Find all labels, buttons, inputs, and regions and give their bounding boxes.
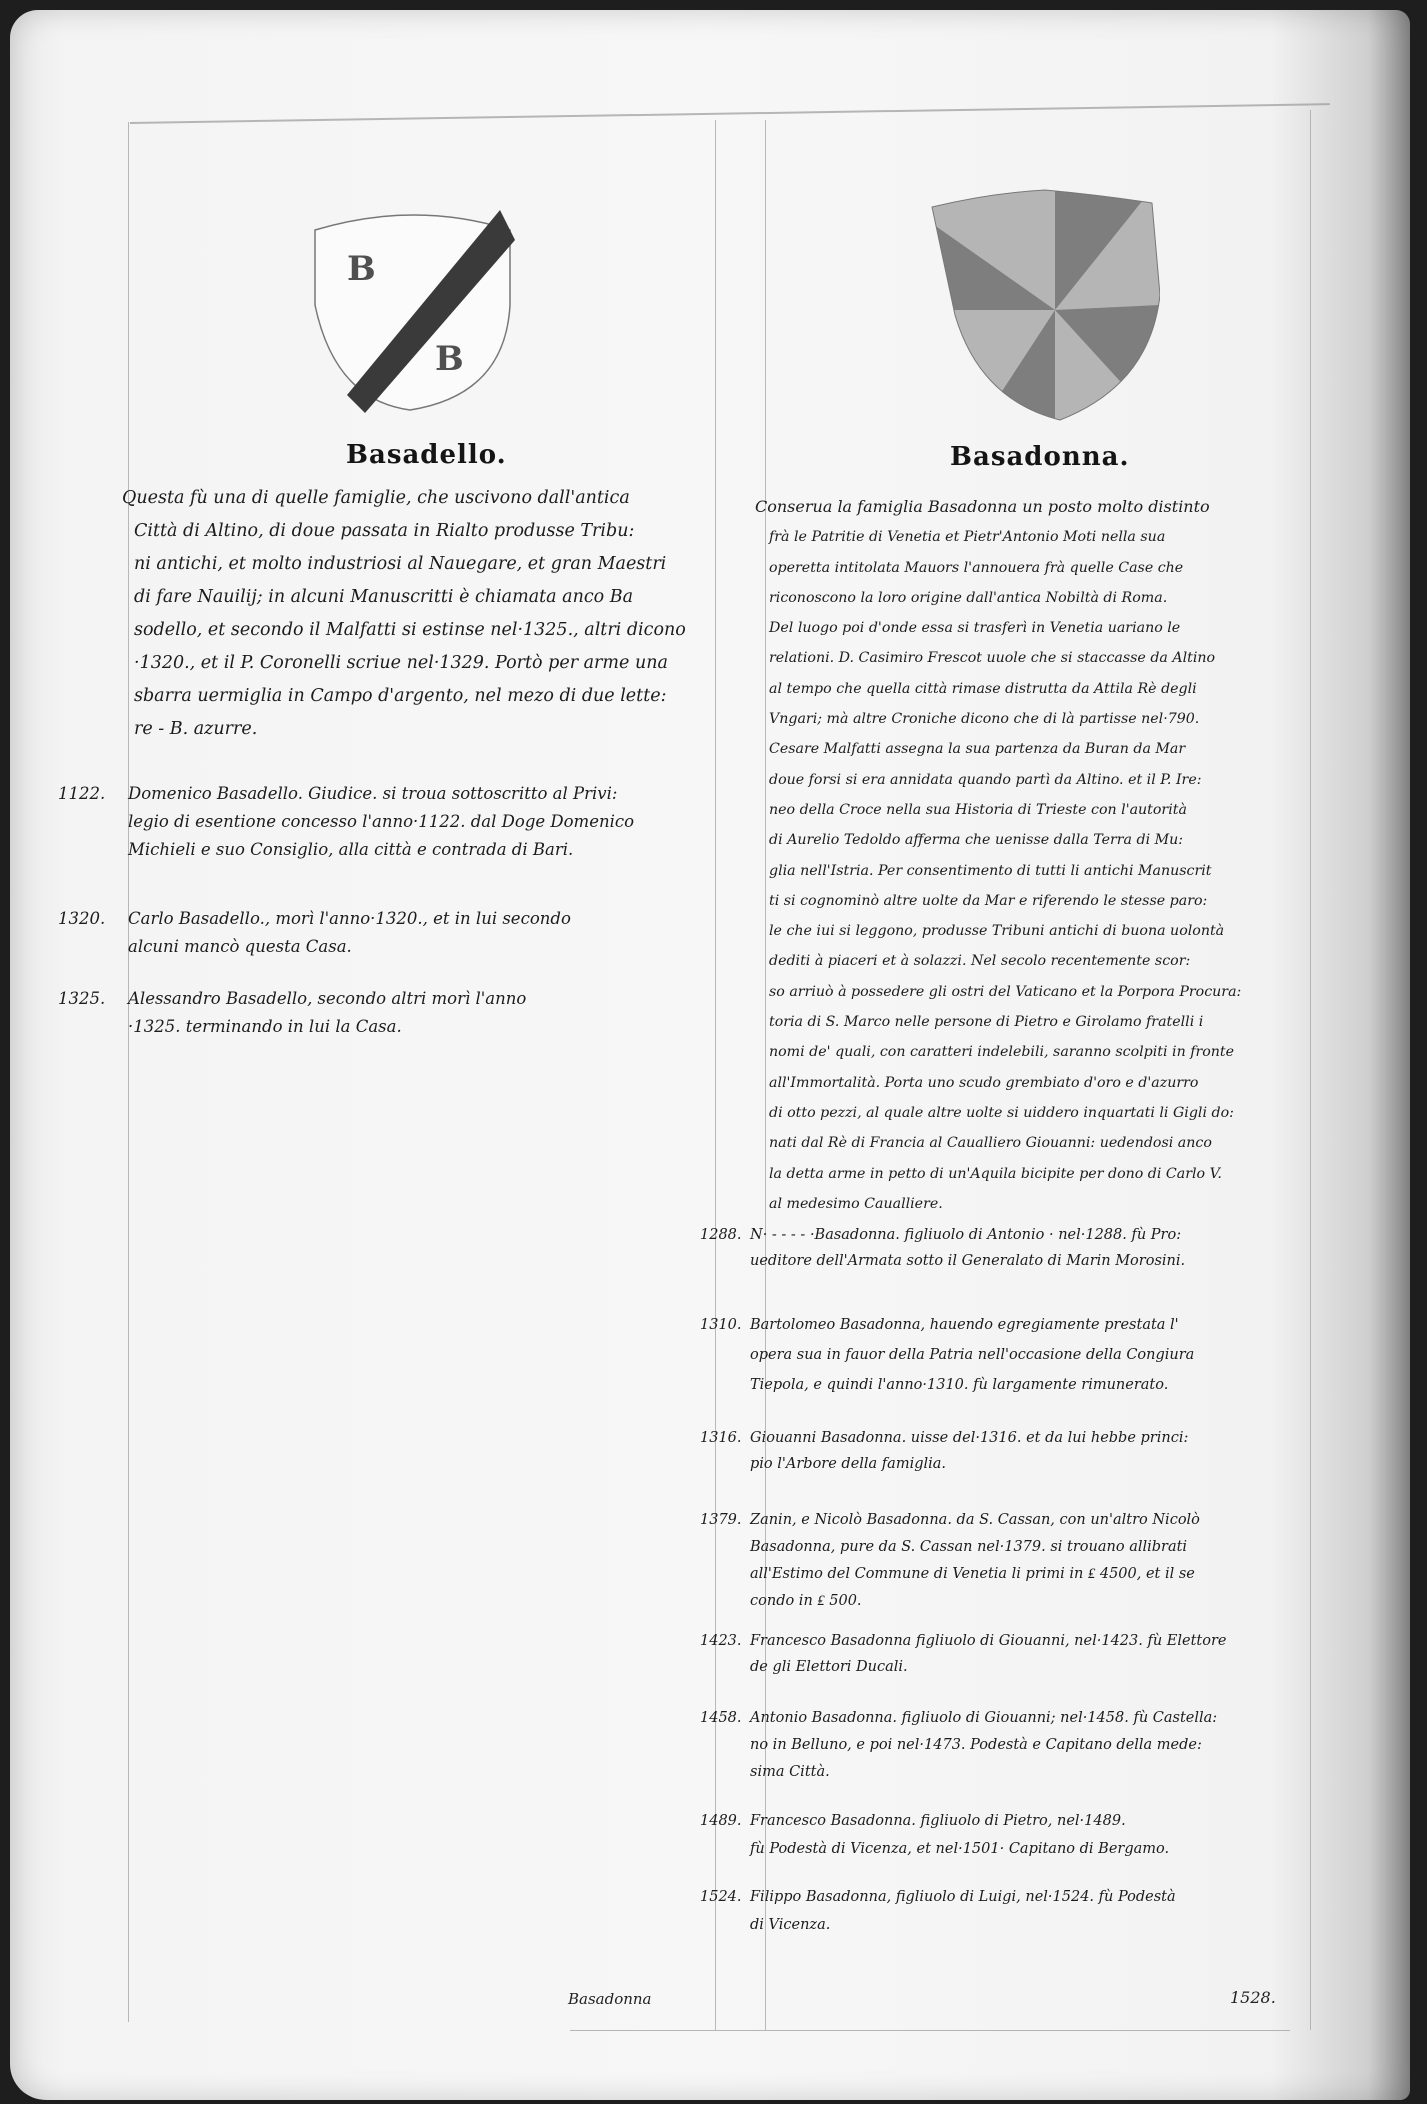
text-line: sodello, et secondo il Malfatti si estin… — [122, 614, 712, 647]
text-line: la detta arme in petto di un'Aquila bici… — [755, 1159, 1315, 1189]
entry-year: 1325. — [58, 985, 105, 1013]
text-line: ni antichi, et molto industriosi al Naue… — [122, 548, 712, 581]
svg-text:B: B — [347, 249, 376, 289]
entry-1325: 1325. Alessandro Basadello, secondo altr… — [58, 985, 718, 1041]
entry-line: opera sua in fauor della Patria nell'occ… — [750, 1340, 1310, 1370]
text-line: di otto pezzi, al quale altre uolte si u… — [755, 1098, 1315, 1128]
entry-year: 1524. — [700, 1883, 742, 1911]
text-line: frà le Patritie di Venetia et Pietr'Anto… — [755, 522, 1315, 552]
text-line: toria di S. Marco nelle persone di Pietr… — [755, 1007, 1315, 1037]
text-line: di fare Nauilij; in alcuni Manuscritti è… — [122, 581, 712, 614]
text-line: Cesare Malfatti assegna la sua partenza … — [755, 734, 1315, 764]
basadello-description: Questa fù una di quelle famiglie, che us… — [122, 482, 712, 746]
text-line: Del luogo poi d'onde essa si trasferì in… — [755, 613, 1315, 643]
entry-line: pio l'Arbore della famiglia. — [750, 1451, 1310, 1477]
entry-1310: 1310. Bartolomeo Basadonna, hauendo egre… — [700, 1310, 1310, 1400]
text-line: Questa fù una di quelle famiglie, che us… — [122, 482, 712, 515]
text-line: ti si cognominò altre uolte da Mar e rif… — [755, 886, 1315, 916]
text-line: Conserua la famiglia Basadonna un posto … — [755, 492, 1315, 522]
page-number: 1528. — [1230, 1988, 1276, 2007]
text-line: Vngari; mà altre Croniche dicono che di … — [755, 704, 1315, 734]
entry-1122: 1122. Domenico Basadello. Giudice. si tr… — [58, 780, 718, 864]
left-margin-line — [128, 122, 129, 2022]
shield-basadonna-icon — [920, 185, 1160, 425]
text-line: doue forsi si era annidata quando partì … — [755, 765, 1315, 795]
entry-1423: 1423. Francesco Basadonna figliuolo di G… — [700, 1628, 1310, 1680]
entry-year: 1423. — [700, 1628, 742, 1654]
text-line: glia nell'Istria. Per consentimento di t… — [755, 856, 1315, 886]
text-line: neo della Croce nella sua Historia di Tr… — [755, 795, 1315, 825]
entry-line: di Vicenza. — [750, 1911, 1310, 1939]
entry-line: Basadonna, pure da S. Cassan nel·1379. s… — [750, 1534, 1310, 1561]
entry-year: 1489. — [700, 1807, 742, 1835]
basadonna-description: Conserua la famiglia Basadonna un posto … — [755, 492, 1315, 1219]
entry-line: Michieli e suo Consiglio, alla città e c… — [128, 836, 718, 864]
svg-text:B: B — [435, 339, 464, 379]
text-line: operetta intitolata Mauors l'annouera fr… — [755, 553, 1315, 583]
entry-line: Tiepola, e quindi l'anno·1310. fù largam… — [750, 1370, 1310, 1400]
bottom-rule-line — [570, 2030, 1290, 2031]
entry-line: Carlo Basadello., morì l'anno·1320., et … — [128, 905, 718, 933]
top-rule-line — [130, 103, 1330, 124]
entry-year: 1288. — [700, 1222, 742, 1248]
entry-line: no in Belluno, e poi nel·1473. Podestà e… — [750, 1732, 1310, 1759]
text-line: di Aurelio Tedoldo afferma che uenisse d… — [755, 825, 1315, 855]
text-line: sbarra uermiglia in Campo d'argento, nel… — [122, 680, 712, 713]
entry-1316: 1316. Giouanni Basadonna. uisse del·1316… — [700, 1425, 1310, 1477]
entry-line: Zanin, e Nicolò Basadonna. da S. Cassan,… — [750, 1507, 1310, 1534]
shield-basadello-icon: B B — [295, 195, 535, 425]
entry-line: alcuni mancò questa Casa. — [128, 933, 718, 961]
text-line: ·1320., et il P. Coronelli scriue nel·13… — [122, 647, 712, 680]
entry-line: condo in ₤ 500. — [750, 1588, 1310, 1615]
entry-year: 1320. — [58, 905, 105, 933]
entry-line: legio di esentione concesso l'anno·1122.… — [128, 808, 718, 836]
entry-year: 1379. — [700, 1507, 742, 1534]
entry-line: Domenico Basadello. Giudice. si troua so… — [128, 780, 718, 808]
entry-year: 1316. — [700, 1425, 742, 1451]
entry-year: 1458. — [700, 1705, 742, 1732]
entry-line: sima Città. — [750, 1759, 1310, 1786]
entry-line: ·1325. terminando in lui la Casa. — [128, 1013, 718, 1041]
family-title-basadello: Basadello. — [346, 440, 507, 470]
text-line: re - B. azurre. — [122, 713, 712, 746]
text-line: nomi de' quali, con caratteri indelebili… — [755, 1037, 1315, 1067]
text-line: relationi. D. Casimiro Frescot uuole che… — [755, 643, 1315, 673]
text-line: all'Immortalità. Porta uno scudo grembia… — [755, 1068, 1315, 1098]
text-line: so arriuò à possedere gli ostri del Vati… — [755, 977, 1315, 1007]
entry-line: de gli Elettori Ducali. — [750, 1654, 1310, 1680]
family-title-basadonna: Basadonna. — [950, 442, 1130, 472]
catchword: Basadonna — [568, 1990, 652, 2008]
entry-line: Bartolomeo Basadonna, hauendo egregiamen… — [750, 1310, 1310, 1340]
text-line: nati dal Rè di Francia al Caualliero Gio… — [755, 1128, 1315, 1158]
entry-line: N· - - - - ·Basadonna. figliuolo di Anto… — [750, 1222, 1310, 1248]
text-line: al tempo che quella città rimase distrut… — [755, 674, 1315, 704]
entry-line: fù Podestà di Vicenza, et nel·1501· Capi… — [750, 1835, 1310, 1863]
entry-1379: 1379. Zanin, e Nicolò Basadonna. da S. C… — [700, 1507, 1310, 1615]
entry-line: all'Estimo del Commune di Venetia li pri… — [750, 1561, 1310, 1588]
entry-1320: 1320. Carlo Basadello., morì l'anno·1320… — [58, 905, 718, 961]
text-line: riconoscono la loro origine dall'antica … — [755, 583, 1315, 613]
entry-line: Alessandro Basadello, secondo altri morì… — [128, 985, 718, 1013]
entry-1489: 1489. Francesco Basadonna. figliuolo di … — [700, 1807, 1310, 1863]
entry-line: Giouanni Basadonna. uisse del·1316. et d… — [750, 1425, 1310, 1451]
text-line: Città di Altino, di doue passata in Rial… — [122, 515, 712, 548]
entry-year: 1122. — [58, 780, 105, 808]
entry-year: 1310. — [700, 1310, 742, 1340]
text-line: dediti à piaceri et à solazzi. Nel secol… — [755, 946, 1315, 976]
entry-1458: 1458. Antonio Basadonna. figliuolo di Gi… — [700, 1705, 1310, 1786]
entry-line: ueditore dell'Armata sotto il Generalato… — [750, 1248, 1310, 1274]
text-line: al medesimo Caualliere. — [755, 1189, 1315, 1219]
entry-line: Francesco Basadonna. figliuolo di Pietro… — [750, 1807, 1310, 1835]
entry-line: Francesco Basadonna figliuolo di Giouann… — [750, 1628, 1310, 1654]
text-line: le che iui si leggono, produsse Tribuni … — [755, 916, 1315, 946]
entry-1288: 1288. N· - - - - ·Basadonna. figliuolo d… — [700, 1222, 1310, 1274]
entry-line: Filippo Basadonna, figliuolo di Luigi, n… — [750, 1883, 1310, 1911]
entry-line: Antonio Basadonna. figliuolo di Giouanni… — [750, 1705, 1310, 1732]
manuscript-page: B B Basadello. Questa fù una di quelle f… — [10, 10, 1410, 2100]
entry-1524: 1524. Filippo Basadonna, figliuolo di Lu… — [700, 1883, 1310, 1939]
